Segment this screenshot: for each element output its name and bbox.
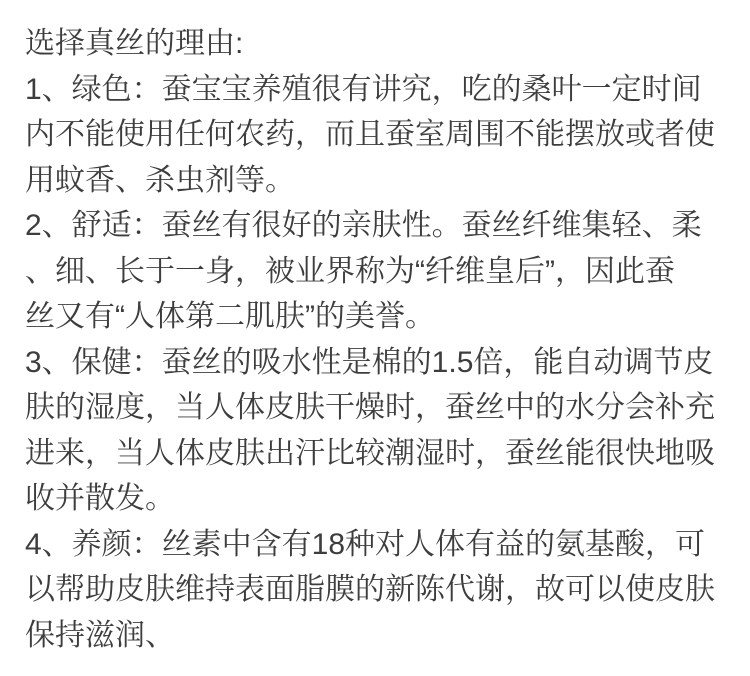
text-line: 、细、长于一身，被业界称为“纤维皇后”，因此蚕: [25, 249, 742, 295]
text-line: 保持滋润、: [25, 613, 742, 659]
text-line: 进来，当人体皮肤出汗比较潮湿时，蚕丝能很快地吸: [25, 431, 742, 477]
text-line: 肤的湿度，当人体皮肤干燥时，蚕丝中的水分会补充: [25, 385, 742, 431]
reason-section-green: 1、绿色：蚕宝宝养殖很有讲究，吃的桑叶一定时间 内不能使用任何农药，而且蚕室周围…: [25, 67, 742, 204]
page-title: 选择真丝的理由:: [25, 21, 742, 67]
text-line: 4、养颜：丝素中含有18种对人体有益的氨基酸，可: [25, 522, 742, 568]
text-line: 以帮助皮肤维持表面脂膜的新陈代谢，故可以使皮肤: [25, 567, 742, 613]
reason-section-beauty: 4、养颜：丝素中含有18种对人体有益的氨基酸，可 以帮助皮肤维持表面脂膜的新陈代…: [25, 522, 742, 659]
reason-section-comfort: 2、舒适：蚕丝有很好的亲肤性。蚕丝纤维集轻、柔 、细、长于一身，被业界称为“纤维…: [25, 203, 742, 340]
text-line: 3、保健：蚕丝的吸水性是棉的1.5倍，能自动调节皮: [25, 340, 742, 386]
text-line: 用蚊香、杀虫剂等。: [25, 158, 742, 204]
text-line: 1、绿色：蚕宝宝养殖很有讲究，吃的桑叶一定时间: [25, 67, 742, 113]
text-line: 2、舒适：蚕丝有很好的亲肤性。蚕丝纤维集轻、柔: [25, 203, 742, 249]
product-description-page: 选择真丝的理由: 1、绿色：蚕宝宝养殖很有讲究，吃的桑叶一定时间 内不能使用任何…: [0, 0, 750, 676]
text-line: 收并散发。: [25, 476, 742, 522]
text-line: 内不能使用任何农药，而且蚕室周围不能摆放或者使: [25, 112, 742, 158]
reason-section-health: 3、保健：蚕丝的吸水性是棉的1.5倍，能自动调节皮 肤的湿度，当人体皮肤干燥时，…: [25, 340, 742, 522]
text-line: 丝又有“人体第二肌肤”的美誉。: [25, 294, 742, 340]
